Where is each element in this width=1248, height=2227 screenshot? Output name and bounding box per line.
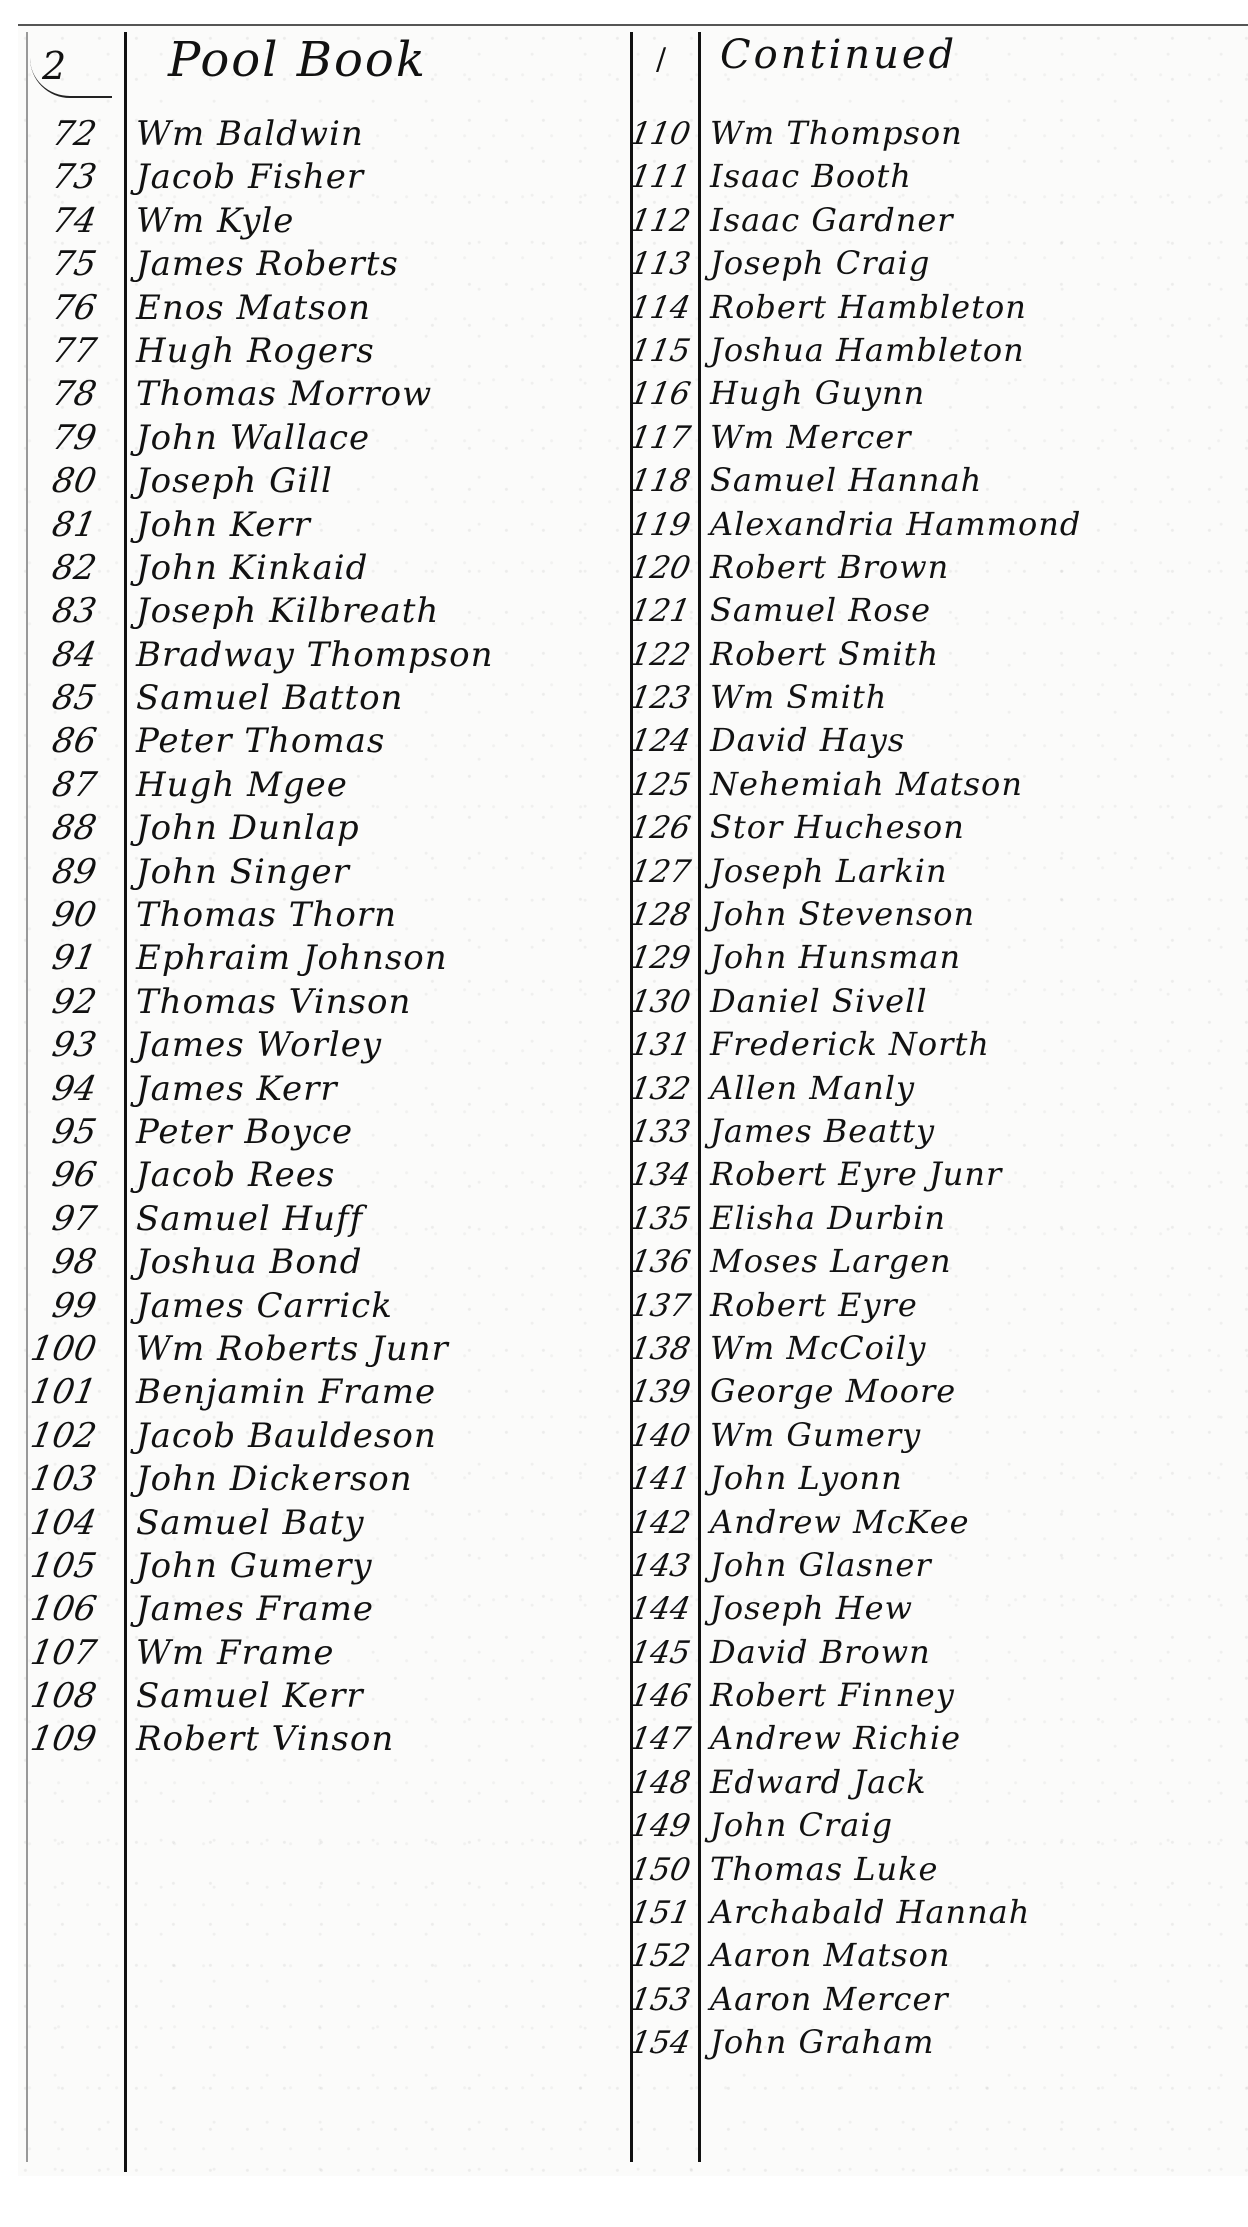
entry-name: John Kerr bbox=[114, 505, 311, 545]
entry-number: 147 bbox=[627, 1721, 699, 1757]
list-item: 118Samuel Hannah bbox=[630, 461, 1248, 504]
entry-number: 108 bbox=[14, 1676, 117, 1716]
entry-name: Moses Largen bbox=[696, 1242, 952, 1280]
entry-name: Alexandria Hammond bbox=[696, 505, 1081, 543]
entry-number: 82 bbox=[14, 548, 117, 588]
entry-number: 98 bbox=[14, 1242, 117, 1282]
list-item: 137Robert Eyre bbox=[630, 1286, 1248, 1329]
entry-number: 146 bbox=[627, 1678, 699, 1714]
entry-number: 144 bbox=[627, 1591, 699, 1627]
entry-number: 91 bbox=[14, 938, 117, 978]
list-item: 113Joseph Craig bbox=[630, 244, 1248, 287]
entry-name: Robert Finney bbox=[696, 1676, 955, 1714]
entry-name: Joseph Larkin bbox=[696, 852, 948, 890]
list-item: 89John Singer bbox=[18, 852, 618, 895]
entry-number: 154 bbox=[627, 2025, 699, 2061]
entry-number: 121 bbox=[627, 593, 699, 629]
list-item: 125Nehemiah Matson bbox=[630, 765, 1248, 808]
entry-number: 93 bbox=[14, 1025, 117, 1065]
entry-name: Wm Smith bbox=[696, 678, 887, 716]
entry-number: 102 bbox=[14, 1416, 117, 1456]
entry-name: Daniel Sivell bbox=[696, 982, 928, 1020]
entry-name: Hugh Guynn bbox=[696, 374, 925, 412]
list-item: 101Benjamin Frame bbox=[18, 1372, 618, 1415]
entry-name: Wm McCoily bbox=[696, 1329, 926, 1367]
list-item: 142Andrew McKee bbox=[630, 1503, 1248, 1546]
entry-name: John Dunlap bbox=[114, 808, 360, 848]
entry-name: Joshua Bond bbox=[114, 1242, 363, 1282]
entry-number: 89 bbox=[14, 852, 117, 892]
entry-name: Joseph Kilbreath bbox=[114, 591, 439, 631]
entry-number: 134 bbox=[627, 1157, 699, 1193]
entry-name: Jacob Fisher bbox=[114, 157, 364, 197]
entry-number: 114 bbox=[627, 290, 699, 326]
entry-number: 151 bbox=[627, 1895, 699, 1931]
entry-number: 126 bbox=[627, 810, 699, 846]
entry-name: Andrew McKee bbox=[696, 1503, 970, 1541]
list-item: 138Wm McCoily bbox=[630, 1329, 1248, 1372]
entry-name: Nehemiah Matson bbox=[696, 765, 1023, 803]
list-item: 152Aaron Matson bbox=[630, 1936, 1248, 1979]
list-item: 106James Frame bbox=[18, 1589, 618, 1632]
entry-number: 111 bbox=[627, 159, 699, 195]
entry-name: Thomas Morrow bbox=[114, 374, 432, 414]
list-item: 140Wm Gumery bbox=[630, 1416, 1248, 1459]
list-item: 133James Beatty bbox=[630, 1112, 1248, 1155]
entry-number: 148 bbox=[627, 1765, 699, 1801]
entry-name: James Frame bbox=[114, 1589, 374, 1629]
entry-name: John Kinkaid bbox=[114, 548, 368, 588]
entry-name: Archabald Hannah bbox=[696, 1893, 1030, 1931]
entry-number: 127 bbox=[627, 854, 699, 890]
entry-name: Joseph Gill bbox=[114, 461, 333, 501]
entry-name: John Hunsman bbox=[696, 938, 961, 976]
list-item: 151Archabald Hannah bbox=[630, 1893, 1248, 1936]
entry-number: 140 bbox=[627, 1418, 699, 1454]
entry-name: Thomas Luke bbox=[696, 1850, 938, 1888]
list-item: 107Wm Frame bbox=[18, 1633, 618, 1676]
entry-name: James Worley bbox=[114, 1025, 382, 1065]
entry-number: 135 bbox=[627, 1201, 699, 1237]
list-item: 112Isaac Gardner bbox=[630, 201, 1248, 244]
entry-number: 103 bbox=[14, 1459, 117, 1499]
entry-number: 129 bbox=[627, 940, 699, 976]
entry-name: Allen Manly bbox=[696, 1069, 915, 1107]
entry-number: 86 bbox=[14, 721, 117, 761]
entry-name: Robert Brown bbox=[696, 548, 949, 586]
list-item: 115Joshua Hambleton bbox=[630, 331, 1248, 374]
entry-number: 124 bbox=[627, 723, 699, 759]
entry-number: 143 bbox=[627, 1548, 699, 1584]
right-entry-list: 110Wm Thompson111Isaac Booth112Isaac Gar… bbox=[630, 114, 1248, 2067]
list-item: 92Thomas Vinson bbox=[18, 982, 618, 1025]
entry-name: Hugh Mgee bbox=[114, 765, 348, 805]
entry-name: Ephraim Johnson bbox=[114, 938, 448, 978]
list-item: 128John Stevenson bbox=[630, 895, 1248, 938]
list-item: 111Isaac Booth bbox=[630, 157, 1248, 200]
entry-name: Peter Thomas bbox=[114, 721, 385, 761]
list-item: 76Enos Matson bbox=[18, 288, 618, 331]
entry-number: 94 bbox=[14, 1069, 117, 1109]
entry-name: David Brown bbox=[696, 1633, 931, 1671]
entry-name: Wm Kyle bbox=[114, 201, 294, 241]
entry-number: 100 bbox=[14, 1329, 117, 1369]
entry-name: John Stevenson bbox=[696, 895, 975, 933]
entry-name: Thomas Vinson bbox=[114, 982, 411, 1022]
entry-number: 137 bbox=[627, 1288, 699, 1324]
entry-number: 74 bbox=[14, 201, 117, 241]
entry-number: 109 bbox=[14, 1719, 117, 1759]
entry-number: 150 bbox=[627, 1852, 699, 1888]
entry-number: 88 bbox=[14, 808, 117, 848]
entry-name: Aaron Mercer bbox=[696, 1980, 949, 2018]
entry-number: 133 bbox=[627, 1114, 699, 1150]
list-item: 81John Kerr bbox=[18, 505, 618, 548]
list-item: 87Hugh Mgee bbox=[18, 765, 618, 808]
list-item: 85Samuel Batton bbox=[18, 678, 618, 721]
list-item: 103John Dickerson bbox=[18, 1459, 618, 1502]
list-item: 117Wm Mercer bbox=[630, 418, 1248, 461]
list-item: 130Daniel Sivell bbox=[630, 982, 1248, 1025]
continued-heading: Continued bbox=[720, 32, 957, 78]
list-item: 98Joshua Bond bbox=[18, 1242, 618, 1285]
entry-name: Isaac Gardner bbox=[696, 201, 954, 239]
list-item: 139George Moore bbox=[630, 1372, 1248, 1415]
entry-name: John Graham bbox=[696, 2023, 934, 2061]
entry-name: David Hays bbox=[696, 721, 905, 759]
list-item: 150Thomas Luke bbox=[630, 1850, 1248, 1893]
list-item: 149John Craig bbox=[630, 1806, 1248, 1849]
entry-number: 122 bbox=[627, 637, 699, 673]
entry-name: James Roberts bbox=[114, 244, 399, 284]
list-item: 109Robert Vinson bbox=[18, 1719, 618, 1762]
list-item: 99James Carrick bbox=[18, 1286, 618, 1329]
entry-name: Jacob Rees bbox=[114, 1155, 335, 1195]
entry-name: Wm Baldwin bbox=[114, 114, 364, 154]
entry-number: 107 bbox=[14, 1633, 117, 1673]
entry-number: 132 bbox=[627, 1071, 699, 1107]
entry-number: 139 bbox=[627, 1374, 699, 1410]
entry-name: George Moore bbox=[696, 1372, 956, 1410]
entry-number: 149 bbox=[627, 1808, 699, 1844]
entry-name: Hugh Rogers bbox=[114, 331, 375, 371]
entry-number: 76 bbox=[14, 288, 117, 328]
entry-name: John Gumery bbox=[114, 1546, 373, 1586]
list-item: 74Wm Kyle bbox=[18, 201, 618, 244]
list-item: 90Thomas Thorn bbox=[18, 895, 618, 938]
list-item: 132Allen Manly bbox=[630, 1069, 1248, 1112]
entry-name: John Dickerson bbox=[114, 1459, 413, 1499]
list-item: 104Samuel Baty bbox=[18, 1503, 618, 1546]
list-item: 73Jacob Fisher bbox=[18, 157, 618, 200]
entry-number: 106 bbox=[14, 1589, 117, 1629]
list-item: 143John Glasner bbox=[630, 1546, 1248, 1589]
entry-number: 75 bbox=[14, 244, 117, 284]
list-item: 146Robert Finney bbox=[630, 1676, 1248, 1719]
entry-name: Edward Jack bbox=[696, 1763, 926, 1801]
entry-number: 99 bbox=[14, 1286, 117, 1326]
list-item: 83Joseph Kilbreath bbox=[18, 591, 618, 634]
list-item: 102Jacob Bauldeson bbox=[18, 1416, 618, 1459]
entry-name: Samuel Kerr bbox=[114, 1676, 364, 1716]
entry-name: Elisha Durbin bbox=[696, 1199, 946, 1237]
entry-number: 78 bbox=[14, 374, 117, 414]
entry-name: Robert Eyre Junr bbox=[696, 1155, 1002, 1193]
list-item: 145David Brown bbox=[630, 1633, 1248, 1676]
entry-name: Stor Hucheson bbox=[696, 808, 965, 846]
entry-number: 85 bbox=[14, 678, 117, 718]
list-item: 153Aaron Mercer bbox=[630, 1980, 1248, 2023]
list-item: 154John Graham bbox=[630, 2023, 1248, 2066]
entry-number: 95 bbox=[14, 1112, 117, 1152]
list-item: 129John Hunsman bbox=[630, 938, 1248, 981]
entry-name: Benjamin Frame bbox=[114, 1372, 436, 1412]
entry-name: Samuel Rose bbox=[696, 591, 931, 629]
list-item: 108Samuel Kerr bbox=[18, 1676, 618, 1719]
entry-number: 125 bbox=[627, 767, 699, 803]
list-item: 88John Dunlap bbox=[18, 808, 618, 851]
entry-number: 112 bbox=[627, 203, 699, 239]
entry-number: 113 bbox=[627, 246, 699, 282]
entry-number: 141 bbox=[627, 1461, 699, 1497]
entry-number: 84 bbox=[14, 635, 117, 675]
list-item: 126Stor Hucheson bbox=[630, 808, 1248, 851]
entry-name: Wm Gumery bbox=[696, 1416, 921, 1454]
list-item: 82John Kinkaid bbox=[18, 548, 618, 591]
entry-name: Robert Hambleton bbox=[696, 288, 1027, 326]
entry-name: Aaron Matson bbox=[696, 1936, 951, 1974]
entry-number: 90 bbox=[14, 895, 117, 935]
list-item: 147Andrew Richie bbox=[630, 1719, 1248, 1762]
list-item: 77Hugh Rogers bbox=[18, 331, 618, 374]
entry-name: James Carrick bbox=[114, 1286, 393, 1326]
entry-number: 110 bbox=[627, 116, 699, 152]
entry-name: John Glasner bbox=[696, 1546, 932, 1584]
list-item: 91Ephraim Johnson bbox=[18, 938, 618, 981]
entry-name: Joshua Hambleton bbox=[696, 331, 1025, 369]
entry-name: Wm Roberts Junr bbox=[114, 1329, 449, 1369]
entry-number: 87 bbox=[14, 765, 117, 805]
left-entry-list: 72Wm Baldwin73Jacob Fisher74Wm Kyle75Jam… bbox=[18, 114, 618, 1763]
entry-name: Thomas Thorn bbox=[114, 895, 397, 935]
entry-number: 101 bbox=[14, 1372, 117, 1412]
list-item: 94James Kerr bbox=[18, 1069, 618, 1112]
entry-name: John Craig bbox=[696, 1806, 893, 1844]
entry-number: 119 bbox=[627, 507, 699, 543]
entry-number: 128 bbox=[627, 897, 699, 933]
entry-name: Robert Vinson bbox=[114, 1719, 394, 1759]
entry-name: John Wallace bbox=[114, 418, 370, 458]
entry-number: 104 bbox=[14, 1503, 117, 1543]
book-title: Pool Book bbox=[168, 32, 427, 88]
entry-number: 97 bbox=[14, 1199, 117, 1239]
entry-number: 92 bbox=[14, 982, 117, 1022]
entry-name: Andrew Richie bbox=[696, 1719, 961, 1757]
list-item: 86Peter Thomas bbox=[18, 721, 618, 764]
entry-name: Peter Boyce bbox=[114, 1112, 353, 1152]
entry-name: Robert Smith bbox=[696, 635, 939, 673]
entry-number: 153 bbox=[627, 1982, 699, 2018]
entry-number: 81 bbox=[14, 505, 117, 545]
list-item: 136Moses Largen bbox=[630, 1242, 1248, 1285]
list-item: 121Samuel Rose bbox=[630, 591, 1248, 634]
entry-name: Wm Frame bbox=[114, 1633, 334, 1673]
list-item: 131Frederick North bbox=[630, 1025, 1248, 1068]
entry-number: 77 bbox=[14, 331, 117, 371]
entry-number: 116 bbox=[627, 376, 699, 412]
entry-number: 136 bbox=[627, 1244, 699, 1280]
entry-number: 131 bbox=[627, 1027, 699, 1063]
list-item: 114Robert Hambleton bbox=[630, 288, 1248, 331]
entry-number: 145 bbox=[627, 1635, 699, 1671]
list-item: 78Thomas Morrow bbox=[18, 374, 618, 417]
entry-name: Jacob Bauldeson bbox=[114, 1416, 437, 1456]
list-item: 80Joseph Gill bbox=[18, 461, 618, 504]
entry-name: James Beatty bbox=[696, 1112, 935, 1150]
entry-name: Joseph Craig bbox=[696, 244, 930, 282]
list-item: 119Alexandria Hammond bbox=[630, 505, 1248, 548]
list-item: 135Elisha Durbin bbox=[630, 1199, 1248, 1242]
entry-name: Frederick North bbox=[696, 1025, 990, 1063]
list-item: 105John Gumery bbox=[18, 1546, 618, 1589]
list-item: 84Bradway Thompson bbox=[18, 635, 618, 678]
entry-name: Bradway Thompson bbox=[114, 635, 494, 675]
entry-name: Samuel Huff bbox=[114, 1199, 363, 1239]
page-number: 2 bbox=[30, 36, 112, 98]
continuation-mark: / bbox=[656, 42, 666, 77]
entry-number: 138 bbox=[627, 1331, 699, 1367]
list-item: 141John Lyonn bbox=[630, 1459, 1248, 1502]
list-item: 122Robert Smith bbox=[630, 635, 1248, 678]
entry-name: Robert Eyre bbox=[696, 1286, 918, 1324]
list-item: 72Wm Baldwin bbox=[18, 114, 618, 157]
list-item: 123Wm Smith bbox=[630, 678, 1248, 721]
entry-number: 120 bbox=[627, 550, 699, 586]
entry-number: 152 bbox=[627, 1938, 699, 1974]
entry-number: 80 bbox=[14, 461, 117, 501]
entry-number: 117 bbox=[627, 420, 699, 456]
list-item: 97Samuel Huff bbox=[18, 1199, 618, 1242]
list-item: 100Wm Roberts Junr bbox=[18, 1329, 618, 1372]
list-item: 127Joseph Larkin bbox=[630, 852, 1248, 895]
entry-name: Joseph Hew bbox=[696, 1589, 913, 1627]
entry-name: Isaac Booth bbox=[696, 157, 912, 195]
list-item: 110Wm Thompson bbox=[630, 114, 1248, 157]
list-item: 124David Hays bbox=[630, 721, 1248, 764]
entry-name: Wm Thompson bbox=[696, 114, 963, 152]
entry-number: 83 bbox=[14, 591, 117, 631]
entry-name: John Lyonn bbox=[696, 1459, 903, 1497]
list-item: 96Jacob Rees bbox=[18, 1155, 618, 1198]
entry-name: Samuel Hannah bbox=[696, 461, 982, 499]
entry-name: Enos Matson bbox=[114, 288, 371, 328]
entry-name: Wm Mercer bbox=[696, 418, 912, 456]
list-item: 116Hugh Guynn bbox=[630, 374, 1248, 417]
list-item: 144Joseph Hew bbox=[630, 1589, 1248, 1632]
entry-name: James Kerr bbox=[114, 1069, 338, 1109]
list-item: 148Edward Jack bbox=[630, 1763, 1248, 1806]
entry-number: 79 bbox=[14, 418, 117, 458]
entry-name: John Singer bbox=[114, 852, 350, 892]
scanned-page: 2 Pool Book 72Wm Baldwin73Jacob Fisher74… bbox=[18, 24, 1248, 2176]
list-item: 93James Worley bbox=[18, 1025, 618, 1068]
list-item: 75James Roberts bbox=[18, 244, 618, 287]
list-item: 134Robert Eyre Junr bbox=[630, 1155, 1248, 1198]
list-item: 79John Wallace bbox=[18, 418, 618, 461]
list-item: 95Peter Boyce bbox=[18, 1112, 618, 1155]
entry-number: 130 bbox=[627, 984, 699, 1020]
entry-number: 115 bbox=[627, 333, 699, 369]
entry-number: 105 bbox=[14, 1546, 117, 1586]
entry-number: 72 bbox=[14, 114, 117, 154]
entry-name: Samuel Batton bbox=[114, 678, 403, 718]
list-item: 120Robert Brown bbox=[630, 548, 1248, 591]
entry-number: 96 bbox=[14, 1155, 117, 1195]
entry-number: 118 bbox=[627, 463, 699, 499]
entry-number: 142 bbox=[627, 1505, 699, 1541]
entry-number: 73 bbox=[14, 157, 117, 197]
entry-name: Samuel Baty bbox=[114, 1503, 365, 1543]
entry-number: 123 bbox=[627, 680, 699, 716]
